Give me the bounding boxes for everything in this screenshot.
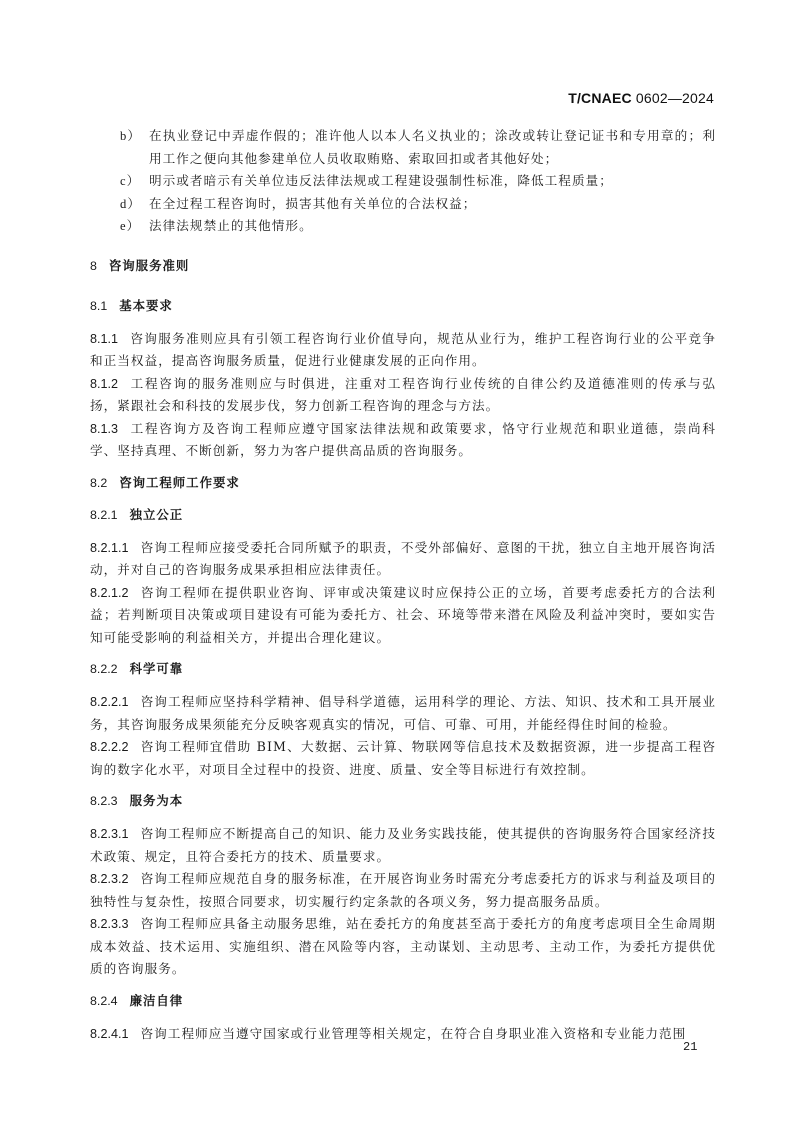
clause-text: 咨询工程师宜借助 BIM、大数据、云计算、物联网等信息技术及数据资源，进一步提高…: [90, 739, 716, 777]
section-heading-8-1: 8.1基本要求: [90, 296, 716, 316]
section-heading-8-2-4: 8.2.4廉洁自律: [90, 991, 716, 1011]
clause-text: 咨询工程师应接受委托合同所赋予的职责，不受外部偏好、意图的干扰，独立自主地开展咨…: [90, 540, 716, 578]
list-marker: d）: [120, 193, 141, 216]
clause-text: 工程咨询的服务准则应与时俱进，注重对工程咨询行业传统的自律公约及道德准则的传承与…: [90, 376, 716, 414]
list-item-e: e） 法律法规禁止的其他情形。: [90, 215, 716, 238]
section-number: 8.2.2: [90, 659, 118, 679]
clause-number: 8.2.1.1: [90, 541, 129, 555]
section-number: 8.2.4: [90, 991, 118, 1011]
list-marker: b）: [120, 125, 141, 148]
section-title: 独立公正: [130, 507, 184, 522]
section-title: 基本要求: [119, 298, 173, 313]
section-number: 8.2.3: [90, 791, 118, 811]
standard-prefix: T/CNAEC: [568, 90, 632, 106]
clause-text: 咨询服务准则应具有引领工程咨询行业价值导向，规范从业行为，维护工程咨询行业的公平…: [90, 331, 716, 369]
section-number: 8: [90, 256, 97, 276]
clause-text: 咨询工程师应规范自身的服务标准，在开展咨询业务时需充分考虑委托方的诉求与利益及项…: [90, 871, 716, 909]
clause-text: 咨询工程师应具备主动服务思维，站在委托方的角度甚至高于委托方的角度考虑项目全生命…: [90, 916, 716, 976]
list-marker: e）: [120, 215, 140, 238]
page-number: 21: [683, 1040, 697, 1054]
clause-text: 咨询工程师应当遵守国家或行业管理等相关规定，在符合自身职业准入资格和专业能力范围: [141, 1026, 687, 1041]
list-item-d: d） 在全过程工程咨询时，损害其他有关单位的合法权益；: [90, 193, 716, 216]
section-heading-8: 8咨询服务准则: [90, 256, 716, 276]
clause-8-2-1-2: 8.2.1.2咨询工程师在提供职业咨询、评审或决策建议时应保持公正的立场，首要考…: [90, 582, 716, 650]
clause-number: 8.1.2: [90, 377, 118, 391]
list-item-b: b） 在执业登记中弄虚作假的；准许他人以本人名义执业的；涂改或转让登记证书和专用…: [90, 125, 716, 170]
section-heading-8-2-1: 8.2.1独立公正: [90, 505, 716, 525]
section-title: 咨询工程师工作要求: [119, 475, 240, 490]
section-number: 8.2: [90, 473, 107, 493]
list-item-text: 法律法规禁止的其他情形。: [149, 218, 313, 233]
standard-code: T/CNAEC 0602—2024: [568, 90, 714, 106]
clause-text: 咨询工程师应不断提高自己的知识、能力及业务实践技能，使其提供的咨询服务符合国家经…: [90, 826, 716, 864]
clause-number: 8.2.3.2: [90, 872, 129, 886]
section-number: 8.2.1: [90, 505, 118, 525]
clause-text: 咨询工程师应坚持科学精神、倡导科学道德，运用科学的理论、方法、知识、技术和工具开…: [90, 694, 716, 732]
clause-number: 8.2.3.1: [90, 827, 129, 841]
clause-number: 8.2.2.2: [90, 740, 129, 754]
clause-number: 8.2.3.3: [90, 917, 129, 931]
list-item-text: 在执业登记中弄虚作假的；准许他人以本人名义执业的；涂改或转让登记证书和专用章的；…: [149, 128, 716, 166]
clause-8-2-3-2: 8.2.3.2咨询工程师应规范自身的服务标准，在开展咨询业务时需充分考虑委托方的…: [90, 868, 716, 913]
clause-8-1-2: 8.1.2工程咨询的服务准则应与时俱进，注重对工程咨询行业传统的自律公约及道德准…: [90, 373, 716, 418]
clause-8-2-1-1: 8.2.1.1咨询工程师应接受委托合同所赋予的职责，不受外部偏好、意图的干扰，独…: [90, 537, 716, 582]
section-title: 咨询服务准则: [109, 258, 189, 273]
clause-8-2-3-3: 8.2.3.3咨询工程师应具备主动服务思维，站在委托方的角度甚至高于委托方的角度…: [90, 913, 716, 981]
section-title: 廉洁自律: [130, 993, 184, 1008]
list-marker: c）: [120, 170, 140, 193]
clause-8-2-2-1: 8.2.2.1咨询工程师应坚持科学精神、倡导科学道德，运用科学的理论、方法、知识…: [90, 691, 716, 736]
clause-text: 咨询工程师在提供职业咨询、评审或决策建议时应保持公正的立场，首要考虑委托方的合法…: [90, 585, 716, 645]
clause-8-1-3: 8.1.3工程咨询方及咨询工程师应遵守国家法律法规和政策要求，恪守行业规范和职业…: [90, 418, 716, 463]
clause-text: 工程咨询方及咨询工程师应遵守国家法律法规和政策要求，恪守行业规范和职业道德，崇尚…: [90, 421, 716, 459]
section-title: 服务为本: [130, 793, 184, 808]
list-item-text: 在全过程工程咨询时，损害其他有关单位的合法权益；: [149, 196, 476, 211]
page-content: b） 在执业登记中弄虚作假的；准许他人以本人名义执业的；涂改或转让登记证书和专用…: [90, 125, 716, 1045]
section-number: 8.1: [90, 296, 107, 316]
clause-8-2-3-1: 8.2.3.1咨询工程师应不断提高自己的知识、能力及业务实践技能，使其提供的咨询…: [90, 823, 716, 868]
clause-number: 8.1.1: [90, 332, 118, 346]
clause-number: 8.1.3: [90, 422, 118, 436]
section-title: 科学可靠: [130, 661, 184, 676]
section-heading-8-2-2: 8.2.2科学可靠: [90, 659, 716, 679]
clause-number: 8.2.4.1: [90, 1027, 129, 1041]
section-heading-8-2-3: 8.2.3服务为本: [90, 791, 716, 811]
clause-8-2-2-2: 8.2.2.2咨询工程师宜借助 BIM、大数据、云计算、物联网等信息技术及数据资…: [90, 736, 716, 781]
clause-8-1-1: 8.1.1咨询服务准则应具有引领工程咨询行业价值导向，规范从业行为，维护工程咨询…: [90, 328, 716, 373]
list-item-text: 明示或者暗示有关单位违反法律法规或工程建设强制性标准，降低工程质量；: [149, 173, 613, 188]
section-heading-8-2: 8.2咨询工程师工作要求: [90, 473, 716, 493]
document-page: T/CNAEC 0602—2024 b） 在执业登记中弄虚作假的；准许他人以本人…: [0, 0, 798, 1129]
clause-number: 8.2.1.2: [90, 586, 129, 600]
list-item-c: c） 明示或者暗示有关单位违反法律法规或工程建设强制性标准，降低工程质量；: [90, 170, 716, 193]
standard-number: 0602—2024: [636, 90, 714, 106]
clause-number: 8.2.2.1: [90, 695, 129, 709]
clause-8-2-4-1: 8.2.4.1咨询工程师应当遵守国家或行业管理等相关规定，在符合自身职业准入资格…: [90, 1023, 716, 1046]
